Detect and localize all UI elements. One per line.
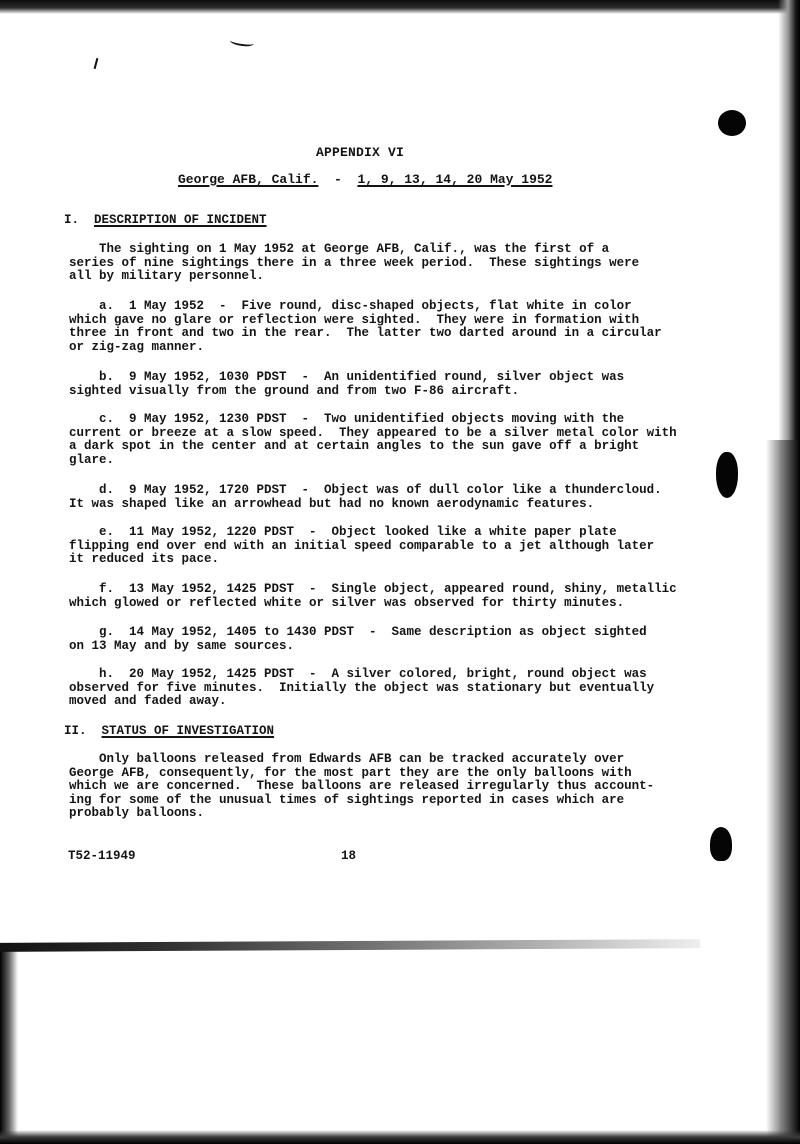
section-title: STATUS OF INVESTIGATION (102, 724, 275, 738)
incident-item-c: c. 9 May 1952, 1230 PDST - Two unidentif… (69, 413, 679, 467)
incident-item-f: f. 13 May 1952, 1425 PDST - Single objec… (69, 583, 679, 610)
appendix-subtitle: George AFB, Calif. - 1, 9, 13, 14, 20 Ma… (178, 172, 553, 187)
incident-item-a: a. 1 May 1952 - Five round, disc-shaped … (69, 300, 679, 354)
document-page: APPENDIX VI George AFB, Calif. - 1, 9, 1… (0, 0, 800, 1144)
section-heading-description: I. DESCRIPTION OF INCIDENT (64, 213, 267, 227)
section-number: II. (64, 724, 87, 738)
appendix-title: APPENDIX VI (0, 145, 720, 160)
subtitle-dates: 1, 9, 13, 14, 20 May 1952 (357, 172, 552, 187)
subtitle-location: George AFB, Calif. (178, 172, 318, 187)
page-number: 18 (341, 849, 356, 863)
incident-item-h: h. 20 May 1952, 1425 PDST - A silver col… (69, 668, 679, 709)
incident-item-e: e. 11 May 1952, 1220 PDST - Object looke… (69, 526, 679, 567)
incident-item-b: b. 9 May 1952, 1030 PDST - An unidentifi… (69, 371, 679, 398)
section-heading-status: II. STATUS OF INVESTIGATION (64, 724, 274, 738)
subtitle-separator: - (318, 172, 357, 187)
status-paragraph: Only balloons released from Edwards AFB … (69, 753, 679, 821)
document-id: T52-11949 (68, 849, 136, 863)
section-title: DESCRIPTION OF INCIDENT (94, 213, 267, 227)
intro-paragraph: The sighting on 1 May 1952 at George AFB… (69, 243, 679, 284)
section-number: I. (64, 213, 79, 227)
incident-item-g: g. 14 May 1952, 1405 to 1430 PDST - Same… (69, 626, 679, 653)
incident-item-d: d. 9 May 1952, 1720 PDST - Object was of… (69, 484, 679, 511)
